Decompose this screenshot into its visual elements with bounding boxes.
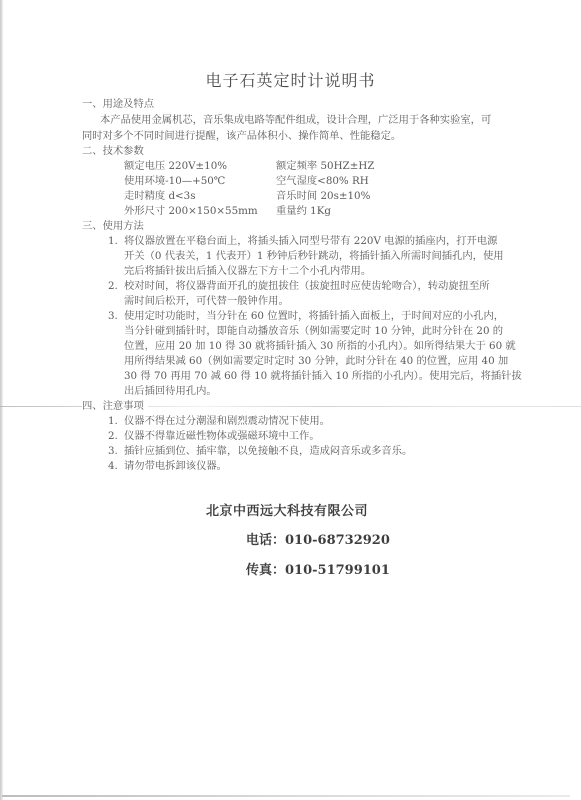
note-item: 请勿带电拆卸该仪器。 <box>124 459 227 473</box>
list-number: 2. <box>108 429 118 443</box>
spec-voltage: 额定电压 220V±10% <box>124 159 227 173</box>
list-number: 3. <box>108 309 118 323</box>
note-item: 仪器不得在过分潮湿和剧烈震动情况下使用。 <box>124 414 330 428</box>
list-item-line: 校对时间，将仪器背面开孔的旋扭拔住（拔旋扭时应使齿轮吻合），转动旋扭至所 <box>124 279 490 293</box>
list-item-line: 位置，应用 20 加 10 得 30 就将插针插入 30 所指的小孔内）。如所得… <box>124 339 516 353</box>
list-item-line: 完后将插针拔出后插入仪器左下方十二个小孔内带用。 <box>124 264 371 278</box>
list-item-line: 出后插回待用孔内。 <box>124 384 217 398</box>
list-item-line: 将仪器放置在平稳台面上，将插头插入同型号带有 220V 电源的插座内，打开电源 <box>124 234 497 248</box>
list-item-line: 使用定时功能时，当分针在 60 位置时，将插针插入面板上，于时间对应的小孔内， <box>124 309 504 323</box>
paragraph-line: 同时对多个不同时间进行提醒，该产品体积小、操作简单、性能稳定。 <box>82 129 401 143</box>
spec-accuracy: 走时精度 d<3s <box>124 189 196 203</box>
spec-music-time: 音乐时间 20s±10% <box>276 189 370 203</box>
spec-environment: 使用环境-10—+50℃ <box>124 174 225 188</box>
spec-dimensions: 外形尺寸 200×150×55mm <box>124 204 258 218</box>
spec-frequency: 额定频率 50HZ±HZ <box>276 159 374 173</box>
phone-number: 电话：010-68732920 <box>246 529 390 548</box>
section-heading-usage-method: 三、使用方法 <box>82 219 144 233</box>
list-item-line: 30 得 70 再用 70 减 60 得 10 就将插针插入 10 所指的小孔内… <box>124 369 522 383</box>
scan-left-edge <box>0 0 3 800</box>
list-number: 1. <box>108 234 118 248</box>
list-item-line: 需时间后松开，可代替一般钟作用。 <box>124 294 289 308</box>
fax-number: 传真：010-51799101 <box>246 559 390 578</box>
company-name: 北京中西远大科技有限公司 <box>206 500 368 519</box>
note-item: 仪器不得靠近磁性物体或强磁环境中工作。 <box>124 429 320 443</box>
document-title: 电子石英定时计说明书 <box>0 68 581 91</box>
list-number: 3. <box>108 444 118 458</box>
spec-humidity: 空气湿度<80% RH <box>276 174 369 188</box>
list-number: 4. <box>108 459 118 473</box>
scan-bottom-edge <box>2 795 570 797</box>
note-item: 插针应插到位、插牢靠，以免接触不良，造成闷音乐或多音乐。 <box>124 444 412 458</box>
list-item-line: 用所得结果减 60（例如需要定时定时 30 分钟，此时分针在 40 的位置，应用… <box>124 354 508 368</box>
spec-weight: 重量约 1Kg <box>276 204 331 218</box>
list-number: 2. <box>108 279 118 293</box>
list-number: 1. <box>108 414 118 428</box>
section-heading-notes: 四、注意事项 <box>82 400 148 412</box>
list-item-line: 当分针碰到插针时，即能自动播放音乐（例如需要定时 10 分钟，此时分针在 20 … <box>124 324 503 338</box>
section-heading-specs: 二、技术参数 <box>82 144 144 158</box>
section-heading-usage: 一、用途及特点 <box>82 97 154 111</box>
paragraph-line: 本产品使用金属机芯，音乐集成电路等配件组成，设计合理，广泛用于各种实验室，可 <box>100 113 491 127</box>
list-item-line: 开关（0 代表关，1 代表开）1 秒钟后秒针跳动，将插针插入所需时间插孔内，使用 <box>124 249 504 263</box>
